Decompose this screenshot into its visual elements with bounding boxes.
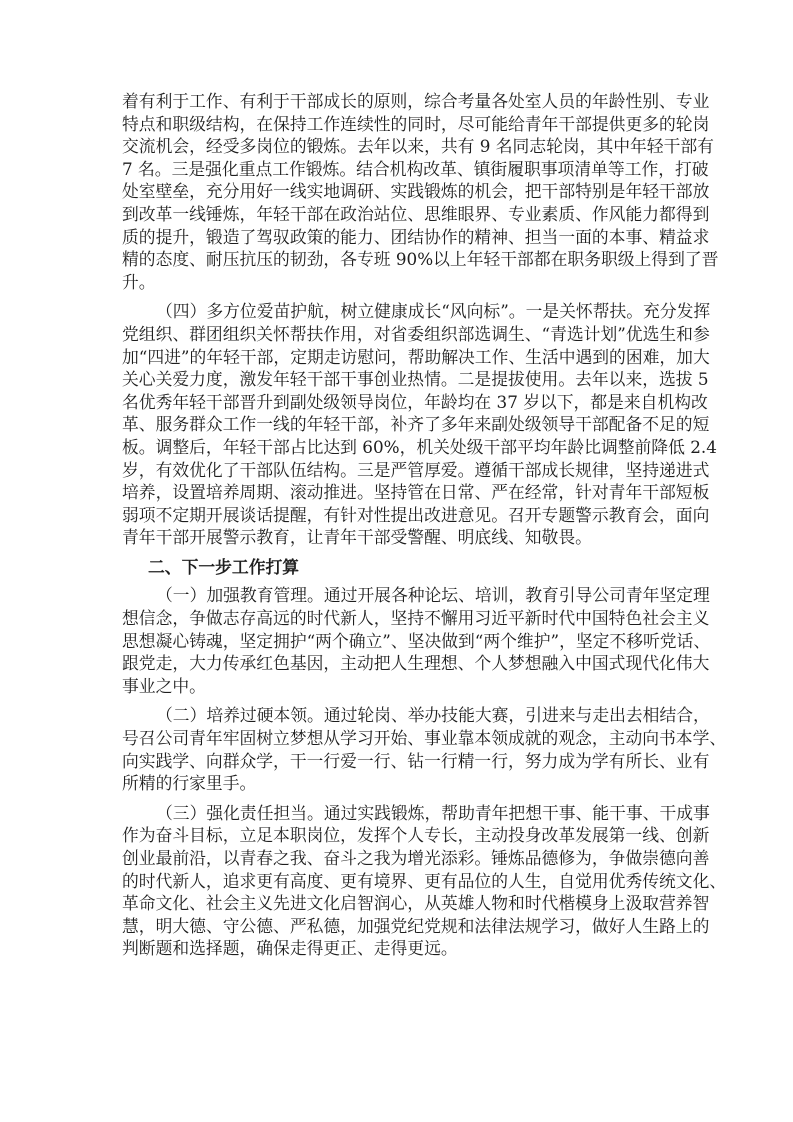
- text-line: 加“四进”的年轻干部，定期走访慰问，帮助解决工作、生活中遇到的困难，加大: [122, 346, 674, 369]
- text-line: 思想凝心铸魂，坚定拥护“两个确立”、坚决做到“两个维护”，坚定不移听党话、: [122, 630, 674, 653]
- text-line: 处室壁垒，充分用好一线实地调研、实践锻炼的机会，把干部特别是年轻干部放: [122, 180, 674, 203]
- document-page: 着有利于工作、有利于干部成长的原则，综合考量各处室人员的年龄性别、专业 特点和职…: [122, 90, 674, 967]
- text-line: 交流机会，经受多岗位的锻炼。去年以来，共有 9 名同志轮岗，其中年轻干部有: [122, 135, 674, 158]
- text-line: 青年干部开展警示教育，让青年干部受警醒、明底线、知敬畏。: [122, 526, 674, 549]
- text-line: 革、服务群众工作一线的年轻干部，补齐了多年来副处级领导干部配备不足的短: [122, 413, 674, 436]
- paragraph-item-1: （一）加强教育管理。通过开展各种论坛、培训，教育引导公司青年坚定理 想信念，争做…: [122, 584, 674, 697]
- text-line: 岁，有效优化了干部队伍结构。三是严管厚爱。遵循干部成长规律，坚持递进式: [122, 459, 674, 482]
- text-line: 慧，明大德、守公德、严私德，加强党纪党规和法律法规学习，做好人生路上的: [122, 915, 674, 938]
- text-line: 名优秀年轻干部晋升到副处级领导岗位，年龄均在 37 岁以下，都是来自机构改: [122, 391, 674, 414]
- text-line: 想信念，争做志存高远的时代新人，坚持不懈用习近平新时代中国特色社会主义: [122, 607, 674, 630]
- text-line: 精的态度、耐压抗压的韧劲，各专班 90%以上年轻干部都在职务职级上得到了晋: [122, 248, 674, 271]
- text-line: 质的提升，锻造了驾驭政策的能力、团结协作的精神、担当一面的本事、精益求: [122, 226, 674, 249]
- text-line: （一）加强教育管理。通过开展各种论坛、培训，教育引导公司青年坚定理: [122, 584, 674, 607]
- text-line: 党组织、群团组织关怀帮扶作用，对省委组织部选调生、“青选计划”优选生和参: [122, 323, 674, 346]
- text-line: 7 名。三是强化重点工作锻炼。结合机构改革、镇街履职事项清单等工作，打破: [122, 158, 674, 181]
- text-line: 关心关爱力度，激发年轻干部干事创业热情。二是提拔使用。去年以来，选拔 5: [122, 368, 674, 391]
- paragraph-section-4: （四）多方位爱苗护航，树立健康成长“风向标”。一是关怀帮扶。充分发挥 党组织、群…: [122, 300, 674, 549]
- text-line: 号召公司青年牢固树立梦想从学习开始、事业靠本领成就的观念，主动向书本学、: [122, 727, 674, 750]
- text-line: （二）培养过硬本领。通过轮岗、举办技能大赛，引进来与走出去相结合，: [122, 704, 674, 727]
- text-line: 着有利于工作、有利于干部成长的原则，综合考量各处室人员的年龄性别、专业: [122, 90, 674, 113]
- text-line: 向实践学、向群众学，干一行爱一行、钻一行精一行，努力成为学有所长、业有: [122, 750, 674, 773]
- text-line: 到改革一线锤炼，年轻干部在政治站位、思维眼界、专业素质、作风能力都得到: [122, 203, 674, 226]
- text-line: 板。调整后，年轻干部占比达到 60%，机关处级干部平均年龄比调整前降低 2.4: [122, 436, 674, 459]
- text-line: 作为奋斗目标，立足本职岗位，发挥个人专长，主动投身改革发展第一线、创新: [122, 824, 674, 847]
- text-line: 革命文化、社会主义先进文化启智润心，从英雄人物和时代楷模身上汲取营养智: [122, 892, 674, 915]
- text-line: 培养，设置培养周期、滚动推进。坚持管在日常、严在经常，针对青年干部短板: [122, 481, 674, 504]
- text-line: 创业最前沿，以青春之我、奋斗之我为增光添彩。锤炼品德修为，争做崇德向善: [122, 847, 674, 870]
- paragraph-item-3: （三）强化责任担当。通过实践锻炼，帮助青年把想干事、能干事、干成事 作为奋斗目标…: [122, 802, 674, 960]
- section-heading: 二、下一步工作打算: [122, 556, 674, 579]
- paragraph-item-2: （二）培养过硬本领。通过轮岗、举办技能大赛，引进来与走出去相结合， 号召公司青年…: [122, 704, 674, 794]
- paragraph-continuation: 着有利于工作、有利于干部成长的原则，综合考量各处室人员的年龄性别、专业 特点和职…: [122, 90, 674, 293]
- text-line: 跟党走，大力传承红色基因，主动把人生理想、个人梦想融入中国式现代化伟大: [122, 652, 674, 675]
- text-line: 弱项不定期开展谈话提醒，有针对性提出改进意见。召开专题警示教育会，面向: [122, 504, 674, 527]
- text-line: 事业之中。: [122, 675, 674, 698]
- text-line: （三）强化责任担当。通过实践锻炼，帮助青年把想干事、能干事、干成事: [122, 802, 674, 825]
- text-line: 特点和职级结构，在保持工作连续性的同时，尽可能给青年干部提供更多的轮岗: [122, 113, 674, 136]
- text-line: 的时代新人，追求更有高度、更有境界、更有品位的人生，自觉用优秀传统文化、: [122, 870, 674, 893]
- text-line: 判断题和选择题，确保走得更正、走得更远。: [122, 937, 674, 960]
- text-line: （四）多方位爱苗护航，树立健康成长“风向标”。一是关怀帮扶。充分发挥: [122, 300, 674, 323]
- text-line: 所精的行家里手。: [122, 772, 674, 795]
- text-line: 升。: [122, 271, 674, 294]
